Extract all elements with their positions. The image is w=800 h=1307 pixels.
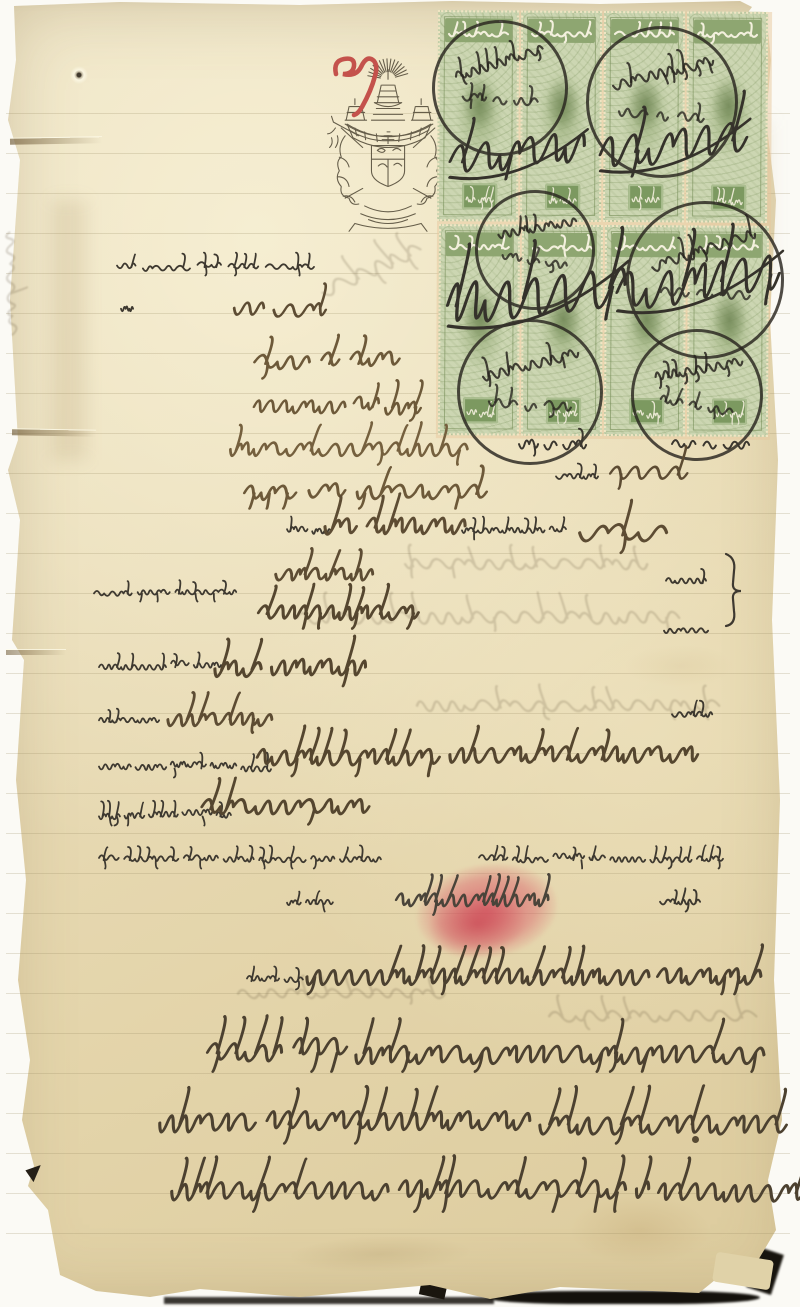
hw-address: บ้านประตูชัย อำเภอในเมืองแพร่ xyxy=(248,728,696,780)
plaintiff-label: โจทย์ xyxy=(662,566,710,592)
ink-stroke xyxy=(605,219,794,330)
paper-crack xyxy=(6,650,66,655)
hw-signature-name: ลายมือเจ๊นอ้าย xyxy=(388,876,548,918)
hw-amount: ๗๐๐ บาทถ้วน xyxy=(206,638,364,690)
petition-label: ขอ ประทาน ยื่น ฟ้อง กล่าว โทษ จำเลย xyxy=(95,843,385,869)
defendant-label: จำเลย xyxy=(660,616,712,640)
ink-stroke xyxy=(222,424,477,468)
ink-stroke xyxy=(590,91,760,187)
declarant-label: ข้าพเจ้า xyxy=(95,706,163,730)
red-number-annotation: ๓ xyxy=(320,36,386,122)
ink-bleedthrough xyxy=(0,230,28,341)
postmark-text: ยุตติธรรม xyxy=(649,347,748,391)
ink-stroke xyxy=(316,496,476,548)
postmark-text: ยุตติธรรม xyxy=(447,32,550,90)
hw-city: แพร่ xyxy=(602,448,687,492)
ink-stroke xyxy=(90,578,240,602)
ink-stroke xyxy=(660,616,712,640)
ink-stroke xyxy=(248,728,708,780)
ink-stroke xyxy=(668,698,716,724)
sign-label: ลง ชื่อ xyxy=(283,888,337,912)
hw-era-year: ๑๒๖ xyxy=(570,502,665,557)
hw-plaintiff-name: เจ๊นอ้าย xyxy=(268,550,373,590)
ink-stroke xyxy=(0,225,28,340)
ink-stroke xyxy=(193,780,379,828)
form-title: คำ ฟ้อง ใน คดี แพ่ง xyxy=(113,250,318,276)
stain xyxy=(249,1223,511,1284)
curly-brace xyxy=(722,552,744,628)
postmark-text: ยุตติธรรม xyxy=(475,335,586,391)
ink-stroke xyxy=(628,184,663,210)
ink-stroke xyxy=(654,386,738,425)
ink-stroke xyxy=(484,385,576,422)
hw-body-line: ตำบลบ้านเหล่า แขวงเมืองแพร่ ๒ แปลงคือ:- xyxy=(162,1158,800,1216)
ink-stroke xyxy=(283,888,337,912)
hw-body-line: ลุศก ๑๒๕ หลวงใจขอรับฎีกาแก่อำเภอ- xyxy=(198,1018,763,1076)
hw-fee-line: ฤชา ๒ บาท xyxy=(246,336,398,382)
postmark-date: ๒๒ ๕ ๒๖ xyxy=(654,386,738,425)
case-between-label: ความ แพ่ง ระหว่าง xyxy=(90,578,240,602)
ink-stroke xyxy=(458,514,570,540)
ink-stroke xyxy=(95,706,163,730)
scan-shadow xyxy=(486,1291,760,1304)
case-number-label: ที่ xyxy=(117,294,137,318)
ink-stroke xyxy=(447,32,550,90)
ink-stroke xyxy=(602,448,697,492)
hw-defendant-name: พะสังวรปรกัด xyxy=(250,586,418,632)
ink-stroke xyxy=(656,886,704,912)
ink-stroke xyxy=(117,294,137,318)
plaintiff-label: โจทย์ xyxy=(668,698,716,724)
ink-stroke xyxy=(246,336,409,382)
ink-stroke xyxy=(649,347,748,391)
cancellation-signature xyxy=(442,112,580,184)
cancellation-signature xyxy=(608,228,773,320)
ink-stroke xyxy=(150,1088,799,1148)
hw-fee-line: เกษ๒อู่ตัดสำนวน xyxy=(222,424,467,468)
pin-hole xyxy=(70,66,88,84)
ink-stroke xyxy=(604,42,719,100)
ink-stroke xyxy=(250,586,429,632)
plaintiff-label: โจทย์ xyxy=(656,886,704,912)
hw-year-note: ปี ๑๒๖ xyxy=(226,282,326,326)
ink-stroke xyxy=(268,550,382,590)
ink-stroke xyxy=(570,502,678,557)
ink-stroke xyxy=(206,638,376,690)
ink-stroke xyxy=(198,1018,776,1076)
postmark-date-marks: ๒๒ ๕ ๒๖ xyxy=(515,428,590,458)
ink-stroke xyxy=(459,84,543,113)
ink-stroke xyxy=(475,335,585,391)
hw-body-line: แม่พวก ได้ซื้อนาสองโฉนด ชื่อนาอยู่ห่าง xyxy=(150,1088,785,1148)
petition-tail-label: โดย ความ ดั่ง จะ กล่าว ต่อไป นี้ xyxy=(475,843,727,869)
era-label: รัตนโกสินทร ศก xyxy=(458,514,570,540)
ink-stroke xyxy=(475,843,727,869)
hw-body-line: เมื่อวันที่เท่าใดจำไม่ได้ เป็นปีก xyxy=(298,946,760,998)
postmark-text: ยุตติธรรม xyxy=(604,42,719,100)
ink-stroke xyxy=(440,104,597,192)
ink-stroke xyxy=(162,1158,800,1216)
hw-fee-line: ขึ้นศาล ๕๒ บาท xyxy=(246,382,421,424)
ink-stroke xyxy=(515,428,590,458)
postmark-date: ๒๒ ๕ ๒๖ xyxy=(459,84,543,113)
ink-stroke xyxy=(662,566,710,592)
cancellation-signature xyxy=(438,236,618,336)
stamp-denomination: ๑๐ บาท xyxy=(628,184,663,210)
ink-stroke xyxy=(298,946,772,998)
ink-stroke xyxy=(552,460,602,486)
postmark-date: ๒๒ ๕ ๒๖ xyxy=(484,385,576,422)
red-ink-stroke xyxy=(320,36,386,122)
stain xyxy=(52,200,86,460)
ink-stroke xyxy=(95,843,385,869)
ink-stroke xyxy=(226,282,336,326)
hw-date: ๒๖ สิงหาคม xyxy=(316,496,464,548)
ink-stroke xyxy=(246,382,431,424)
ink-stroke xyxy=(113,250,318,276)
city-label: เมือง xyxy=(552,460,602,486)
hw-jurisdiction: บังคับสยาม xyxy=(193,780,368,828)
ink-stroke xyxy=(388,876,558,918)
cancellation-signature xyxy=(592,100,742,178)
